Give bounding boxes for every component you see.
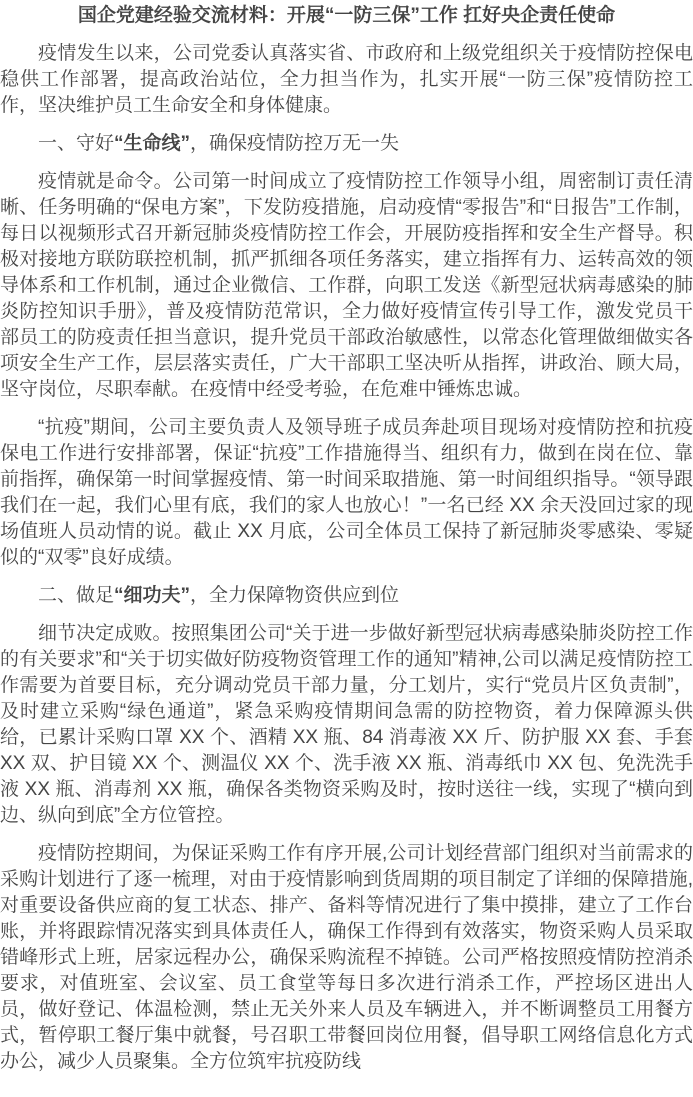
intro-paragraph: 疫情发生以来，公司党委认真落实省、市政府和上级党组织关于疫情防控保电稳供工作部署… xyxy=(0,41,693,119)
document-title: 国企党建经验交流材料：开展“一防三保”工作 扛好央企责任使命 xyxy=(0,3,693,29)
section-1-heading-emphasis: “生命线” xyxy=(114,133,190,154)
section-2-heading-prefix: 二、做足 xyxy=(38,585,114,606)
section-2-heading-suffix: ，全力保障物资供应到位 xyxy=(190,585,399,606)
section-1-heading: 一、守好“生命线”，确保疫情防控万无一失 xyxy=(0,131,693,157)
section-1-heading-prefix: 一、守好 xyxy=(38,133,114,154)
section-1-paragraph-2: “抗疫”期间，公司主要负责人及领导班子成员奔赴项目现场对疫情防控和抗疫保电工作进… xyxy=(0,415,693,571)
section-1-paragraph-1: 疫情就是命令。公司第一时间成立了疫情防控工作领导小组，周密制订责任清晰、任务明确… xyxy=(0,169,693,403)
section-2-paragraph-2: 疫情防控期间，为保证采购工作有序开展,公司计划经营部门组织对当前需求的采购计划进… xyxy=(0,841,693,1075)
section-1-heading-suffix: ，确保疫情防控万无一失 xyxy=(190,133,399,154)
section-2-heading: 二、做足“细功夫”，全力保障物资供应到位 xyxy=(0,583,693,609)
section-2-paragraph-1: 细节决定成败。按照集团公司“关于进一步做好新型冠状病毒感染肺炎防控工作的有关要求… xyxy=(0,621,693,829)
document-page: 国企党建经验交流材料：开展“一防三保”工作 扛好央企责任使命 疫情发生以来，公司… xyxy=(0,0,693,1097)
section-2-heading-emphasis: “细功夫” xyxy=(114,585,190,606)
